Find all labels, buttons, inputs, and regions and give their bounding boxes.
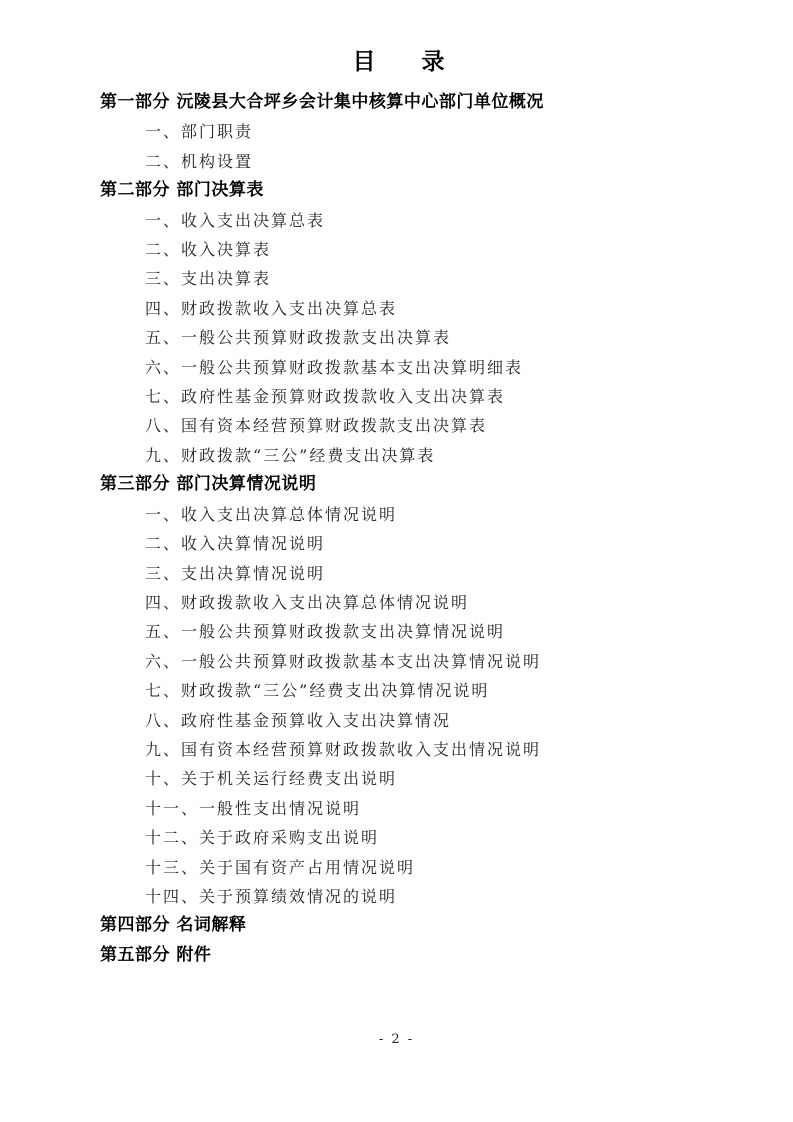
toc-section-heading-part2: 第二部分 部门决算表 [100,176,697,205]
toc-item: 十三、关于国有资产占用情况说明 [100,853,697,882]
toc-item: 六、一般公共预算财政拨款基本支出决算明细表 [100,353,697,382]
toc-item: 一、部门职责 [100,117,697,146]
toc-item: 五、一般公共预算财政拨款支出决算情况说明 [100,617,697,646]
toc-item: 三、支出决算表 [100,264,697,293]
toc-section-heading-part4: 第四部分 名词解释 [100,911,697,940]
toc-section-heading-part3: 第三部分 部门决算情况说明 [100,470,697,499]
toc-item: 十一、一般性支出情况说明 [100,794,697,823]
toc-section-heading-part5: 第五部分 附件 [100,941,697,970]
toc-item: 一、收入支出决算总体情况说明 [100,500,697,529]
toc-item: 三、支出决算情况说明 [100,559,697,588]
page-title: 目 录 [100,46,697,78]
toc-item: 八、政府性基金预算收入支出决算情况 [100,706,697,735]
toc-item: 四、财政拨款收入支出决算总表 [100,294,697,323]
toc-item: 十四、关于预算绩效情况的说明 [100,882,697,911]
toc-item: 七、政府性基金预算财政拨款收入支出决算表 [100,382,697,411]
toc-section-heading-part1: 第一部分 沅陵县大合坪乡会计集中核算中心部门单位概况 [100,88,697,117]
page-number: - 2 - [0,1032,793,1047]
toc-item: 五、一般公共预算财政拨款支出决算表 [100,323,697,352]
toc-item: 二、机构设置 [100,147,697,176]
toc-item: 六、一般公共预算财政拨款基本支出决算情况说明 [100,647,697,676]
toc-item: 十二、关于政府采购支出说明 [100,823,697,852]
toc-item: 二、收入决算情况说明 [100,529,697,558]
toc-item: 四、财政拨款收入支出决算总体情况说明 [100,588,697,617]
toc-item: 九、国有资本经营预算财政拨款收入支出情况说明 [100,735,697,764]
toc-item: 七、财政拨款“三公”经费支出决算情况说明 [100,676,697,705]
toc-item: 二、收入决算表 [100,235,697,264]
document-page: 目 录 第一部分 沅陵县大合坪乡会计集中核算中心部门单位概况 一、部门职责 二、… [0,0,793,1122]
toc-item: 一、收入支出决算总表 [100,206,697,235]
toc-item: 九、财政拨款“三公”经费支出决算表 [100,441,697,470]
toc-item: 八、国有资本经营预算财政拨款支出决算表 [100,411,697,440]
toc-item: 十、关于机关运行经费支出说明 [100,764,697,793]
toc-content: 目 录 第一部分 沅陵县大合坪乡会计集中核算中心部门单位概况 一、部门职责 二、… [0,0,793,970]
